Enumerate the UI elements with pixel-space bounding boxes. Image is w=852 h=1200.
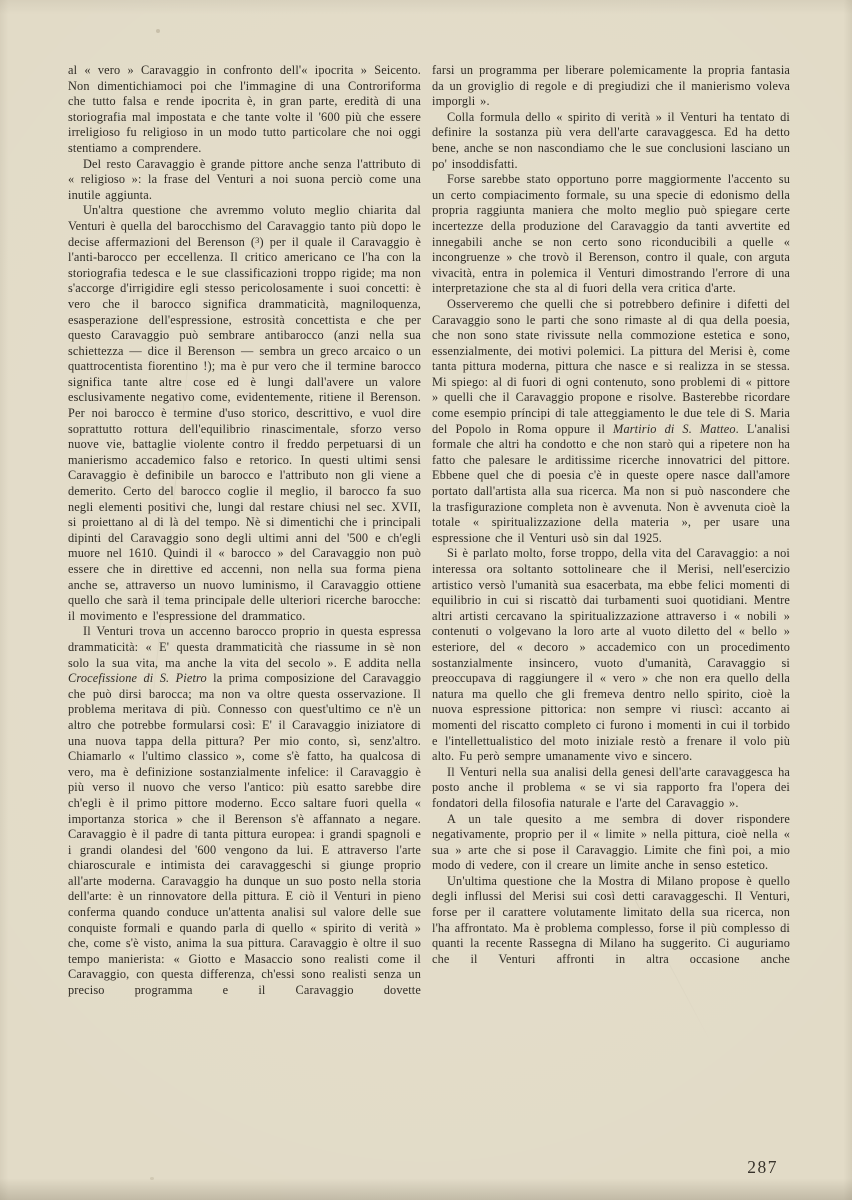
scanned-page: al « vero » Caravaggio in confronto dell… bbox=[0, 0, 852, 1200]
paragraph: Del resto Caravaggio è grande pittore an… bbox=[68, 157, 421, 204]
paragraph: Il Venturi nella sua analisi della genes… bbox=[432, 765, 790, 812]
paper-speck bbox=[156, 29, 160, 33]
paragraph: Il Venturi trova un accenno barocco prop… bbox=[68, 624, 421, 998]
paragraph: Un'altra questione che avremmo voluto me… bbox=[68, 203, 421, 624]
paragraph: farsi un programma per liberare polemica… bbox=[432, 63, 790, 110]
paper-speck bbox=[150, 1177, 154, 1180]
text-column-left: al « vero » Caravaggio in confronto dell… bbox=[68, 63, 421, 1143]
paragraph: A un tale quesito a me sembra di dover r… bbox=[432, 812, 790, 874]
footnote-reference: 3 bbox=[255, 235, 259, 245]
work-title-italic: Martirio di S. Matteo bbox=[613, 422, 736, 436]
paragraph: Un'ultima questione che la Mostra di Mil… bbox=[432, 874, 790, 968]
paragraph: Colla formula dello « spirito di verità … bbox=[432, 110, 790, 172]
text-column-right: farsi un programma per liberare polemica… bbox=[432, 63, 790, 1143]
page-number: 287 bbox=[747, 1157, 778, 1178]
paragraph: al « vero » Caravaggio in confronto dell… bbox=[68, 63, 421, 157]
paragraph: Si è parlato molto, forse troppo, della … bbox=[432, 546, 790, 764]
paragraph: Forse sarebbe stato opportuno porre magg… bbox=[432, 172, 790, 297]
paragraph: Osserveremo che quelli che si potrebbero… bbox=[432, 297, 790, 547]
work-title-italic: Crocefissione di S. Pietro bbox=[68, 671, 207, 685]
